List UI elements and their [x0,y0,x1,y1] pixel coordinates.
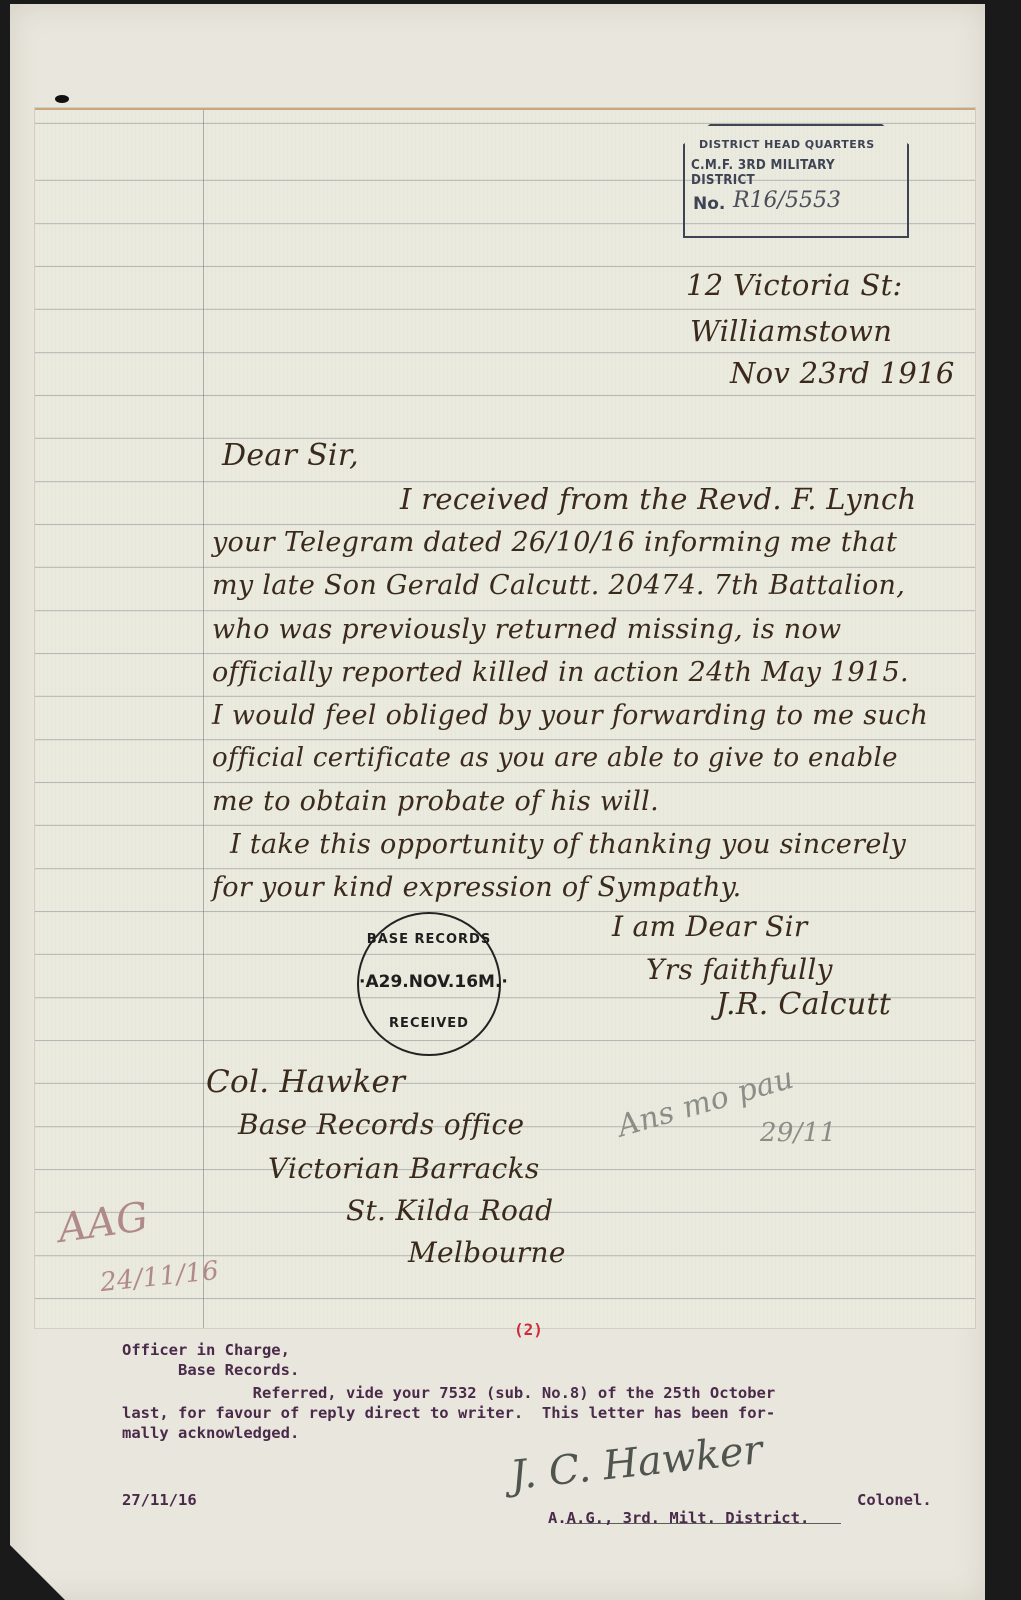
address-town: Williamstown [690,314,892,348]
body-line: I received from the Revd. F. Lynch [400,482,917,516]
recipient-office: Base Records office [238,1108,524,1141]
closing-phrase: I am Dear Sir [612,910,808,943]
body-line: for your kind expression of Sympathy. [212,872,741,903]
stamp-number-label: No. [693,194,725,214]
memo-date: 27/11/16 [122,1490,197,1510]
page-number: (2) [514,1320,543,1339]
stamp-line-1: DISTRICT HEAD QUARTERS [699,138,875,151]
closing-valediction: Yrs faithfully [646,953,833,986]
folded-corner [10,1545,65,1600]
recipient-barracks: Victorian Barracks [268,1152,540,1185]
district-hq-stamp: DISTRICT HEAD QUARTERS C.M.F. 3RD MILITA… [683,124,909,238]
body-line: official certificate as you are able to … [212,743,898,773]
body-line: officially reported killed in action 24t… [212,657,909,688]
body-line: my late Son Gerald Calcutt. 20474. 7th B… [212,570,905,601]
memo-line: mally acknowledged. [122,1423,299,1443]
body-line: I would feel obliged by your forwarding … [212,700,928,731]
writer-signature: J.R. Calcutt [716,987,891,1022]
stamp-date: ·A29.NOV.16M.· [359,972,499,992]
body-line: your Telegram dated 26/10/16 informing m… [212,527,897,558]
memo-line: Referred, vide your 7532 (sub. No.8) of … [122,1383,775,1403]
memo-rank: Colonel. [857,1490,932,1510]
tear-mark [55,95,69,103]
base-records-received-stamp: BASE RECORDS ·A29.NOV.16M.· RECEIVED [357,912,501,1056]
memo-line: Officer in Charge, [122,1340,290,1360]
recipient-road: St. Kilda Road [346,1194,553,1227]
margin-line [203,110,204,1328]
recipient-city: Melbourne [408,1236,566,1269]
stamp-top-text: BASE RECORDS [359,932,499,947]
stamp-line-2: C.M.F. 3RD MILITARY DISTRICT [691,158,890,188]
memo-line: last, for favour of reply direct to writ… [122,1403,775,1423]
body-line: I take this opportunity of thanking you … [230,829,906,860]
memo-line: Base Records. [122,1360,299,1380]
salutation: Dear Sir, [222,438,359,473]
body-line: who was previously returned missing, is … [212,614,841,645]
address-street: 12 Victoria St: [686,268,903,302]
pencil-annotation-date: 29/11 [760,1118,836,1148]
letter-date: Nov 23rd 1916 [730,356,955,390]
stamp-bottom-text: RECEIVED [359,1016,499,1031]
recipient-name: Col. Hawker [206,1064,405,1100]
memo-title: A.A.G., 3rd. Milt. District. [548,1508,809,1528]
stamp-number-value: R16/5553 [733,188,841,213]
body-line: me to obtain probate of his will. [212,786,659,817]
